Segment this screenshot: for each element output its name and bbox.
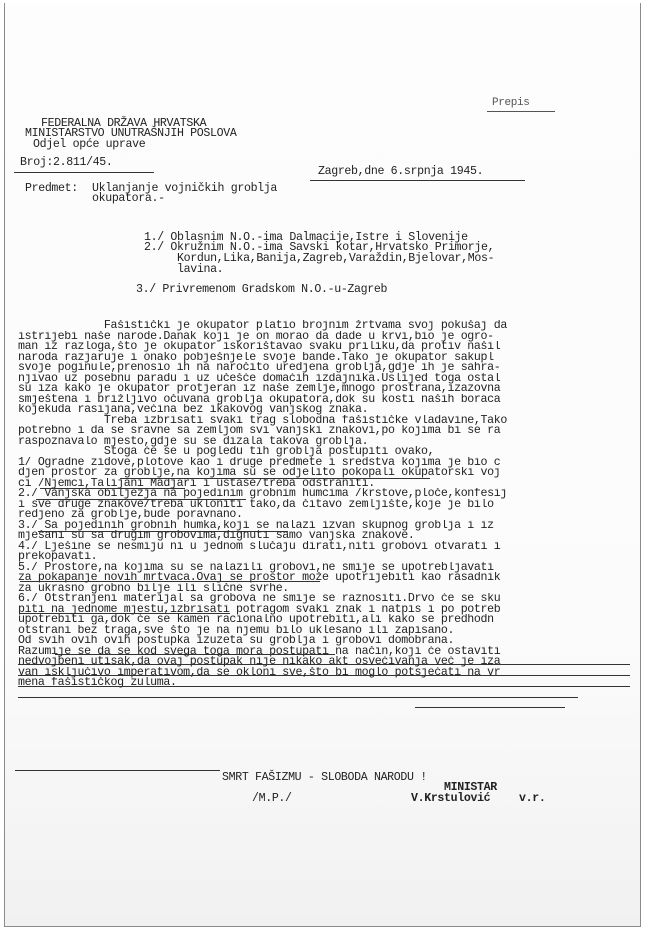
underline-zuluma: [15, 770, 220, 771]
body-line: nedvojbeni utisak,da ovaj postupak nije …: [18, 656, 633, 667]
body-line: 1/ Ogradne zidove,plotove kao i druge pr…: [18, 457, 633, 468]
place-date: Zagreb,dne 6.srpnja 1945.: [318, 166, 483, 177]
body-line: svoje poginule,prenosio ih na naročito u…: [18, 362, 633, 373]
underline-item6c: [18, 675, 630, 676]
recipient-3: 3./ Privremenom Gradskom N.O.-u-Zagreb: [136, 284, 387, 295]
body-line: ci /Njemci,Talijani Madjari i ustaše/tre…: [18, 478, 633, 489]
body-line: 6./ Otstranjeni materijal sa grobova ne …: [18, 593, 633, 604]
underline-item1: [40, 488, 185, 489]
body-line: su iza kako je okupator protjeran iz naš…: [18, 383, 633, 394]
underline-item1b: [36, 499, 246, 500]
body-line: Fašistički je okupator platio brojnim žr…: [18, 320, 633, 331]
signature-suffix: v.r.: [519, 793, 545, 804]
body-line: Treba izbrisati svaki trag slobodna faši…: [18, 415, 633, 426]
copy-mark: Prepis: [492, 98, 530, 109]
body-line: redjeno za groblje,bude poravnano.: [18, 509, 633, 520]
body-line: kojekuda rasijana,većina bez ikakovog va…: [18, 404, 633, 415]
body-line: 4./ Lješine se nesmiju ni u jednom sluča…: [18, 541, 633, 552]
body-line: upotrebiti ga,dok će se kamen racionalno…: [18, 614, 633, 625]
body-line: prekopavati.: [18, 551, 633, 562]
underline-item4: [20, 581, 320, 582]
underline-item5: [20, 613, 230, 614]
recipient-2-cont2: lavina.: [144, 264, 223, 275]
underline-item6a: [55, 654, 335, 655]
underline-item2: [38, 531, 288, 532]
copy-mark-underline: [487, 111, 555, 112]
header-department: Odjel opće uprave: [33, 139, 145, 150]
subject-line-2: okupatora.-: [92, 193, 165, 204]
subject-label: Predmet:: [25, 183, 78, 194]
body-line: 5./ Prostore,na kojima su se nalazili gr…: [18, 562, 633, 573]
slogan: SMRT FAŠIZMU - SLOBODA NARODU !: [222, 772, 427, 783]
underline-stoga: [120, 478, 430, 479]
underline-domobrana: [415, 707, 565, 708]
body-line: man iz razloga,što je okupator iskorišta…: [18, 341, 633, 352]
body-line: za ukrasno grobno bilje ili slične svrhe…: [18, 583, 633, 594]
body-line: djen prostor za groblje,na kojima su se …: [18, 467, 633, 478]
body-line: raspoznavalo mjesto,gdje su se dizala ta…: [18, 436, 633, 447]
body-line: otstrani bez traga,sve što je na njemu b…: [18, 625, 633, 636]
body-line: njivao uz posebnu paradu i uz učešće dom…: [18, 373, 633, 384]
reference-number: Broj:2.811/45.: [20, 157, 113, 168]
body-line: smještena i brižljivo očuvana groblja ok…: [18, 394, 633, 405]
body-line: 2./ Vanjska obilježja na pojedinim grobn…: [18, 488, 633, 499]
body-line: potrebno i da se sravne sa zemljom svi v…: [18, 425, 633, 436]
body-line: Stoga će se u pogledu tih groblja postup…: [18, 446, 633, 457]
body-line: 3./ Sa pojedinih grobnih humka,koji se n…: [18, 520, 633, 531]
body-line: istrijebi naše narode.Danak koji je on m…: [18, 331, 633, 342]
reference-underline: [14, 172, 154, 173]
underline-item6d: [18, 686, 630, 687]
body-line: Od svih ovih ovih postupka izuzeta su gr…: [18, 635, 633, 646]
place-date-underline: [310, 180, 525, 181]
body-line: i sve druge znakove/treba ukloniti tako,…: [18, 499, 633, 510]
body-line: naroda razjaruje i onako pobješnjele svo…: [18, 352, 633, 363]
underline-item6e: [18, 697, 578, 698]
official-stamp: /M.P./: [252, 793, 292, 804]
underline-item6b: [18, 664, 630, 665]
signature-name: V.Krstulović: [411, 793, 490, 804]
